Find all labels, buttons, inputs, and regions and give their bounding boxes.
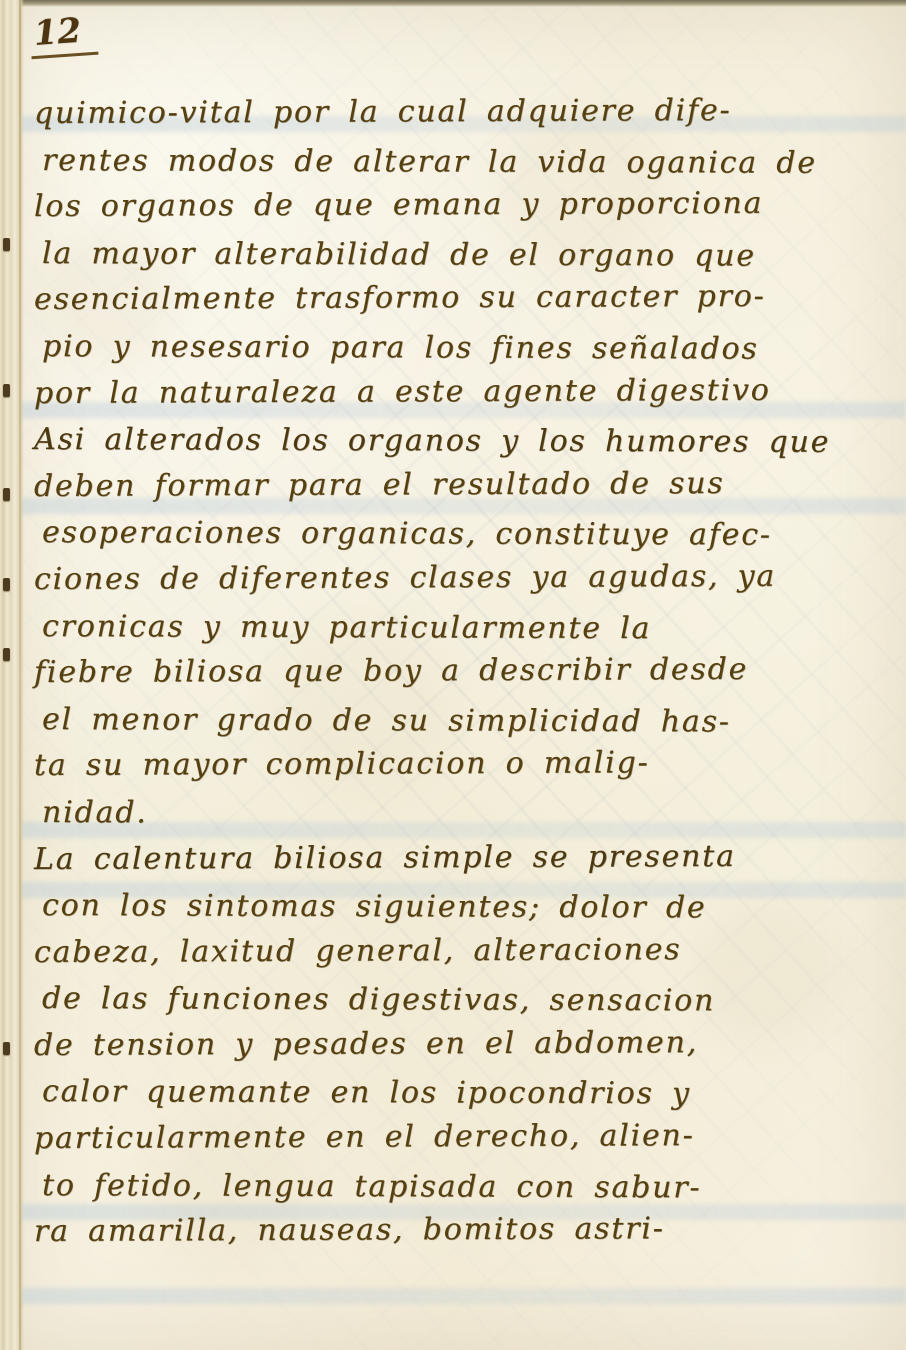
manuscript-line: ra amarilla, nauseas, bomitos astri- xyxy=(34,1210,906,1260)
manuscript-line: con los sintomas siguientes; dolor de xyxy=(34,888,906,938)
scan-top-edge xyxy=(0,0,906,7)
ink-offset-band xyxy=(0,1288,906,1304)
manuscript-line: quimico-vital por la cual adquiere dife- xyxy=(34,92,906,142)
manuscript-text: quimico-vital por la cual adquiere dife-… xyxy=(34,96,906,1261)
manuscript-line: pio y nesesario para los fines señalados xyxy=(34,329,906,379)
manuscript-line: ciones de diferentes clases ya agudas, y… xyxy=(34,558,906,608)
manuscript-line: esoperaciones organicas, constituye afec… xyxy=(34,515,906,565)
stitch-mark xyxy=(3,1042,10,1055)
stitch-mark xyxy=(3,238,10,251)
manuscript-line: de tension y pesades en el abdomen, xyxy=(34,1024,906,1074)
manuscript-line: Asi alterados los organos y los humores … xyxy=(34,422,906,472)
manuscript-line: particularmente en el derecho, alien- xyxy=(34,1117,906,1167)
stitch-mark xyxy=(3,488,10,501)
manuscript-line: cronicas y muy particularmente la xyxy=(34,609,906,659)
page-number: 12 xyxy=(29,10,99,60)
manuscript-line: de las funciones digestivas, sensacion xyxy=(34,981,906,1031)
manuscript-line: por la naturaleza a este agente digestiv… xyxy=(34,372,906,422)
manuscript-line: nidad. xyxy=(34,795,906,845)
manuscript-page-scan: 12 quimico-vital por la cual adquiere di… xyxy=(0,0,906,1350)
manuscript-line: ta su mayor complicacion o malig- xyxy=(34,745,906,795)
binding-crease xyxy=(19,0,21,1350)
manuscript-line: cabeza, laxitud general, alteraciones xyxy=(34,931,906,981)
manuscript-line: La calentura biliosa simple se presenta xyxy=(34,838,906,888)
stitch-mark xyxy=(3,384,10,397)
manuscript-line: calor quemante en los ipocondrios y xyxy=(34,1074,906,1124)
manuscript-line: deben formar para el resultado de sus xyxy=(34,465,906,515)
stitch-mark xyxy=(3,648,10,661)
manuscript-line: los organos de que emana y proporciona xyxy=(34,185,906,235)
stitch-mark xyxy=(3,578,10,591)
manuscript-line: esencialmente trasformo su caracter pro- xyxy=(34,279,906,329)
manuscript-line: fiebre biliosa que boy a describir desde xyxy=(34,651,906,701)
